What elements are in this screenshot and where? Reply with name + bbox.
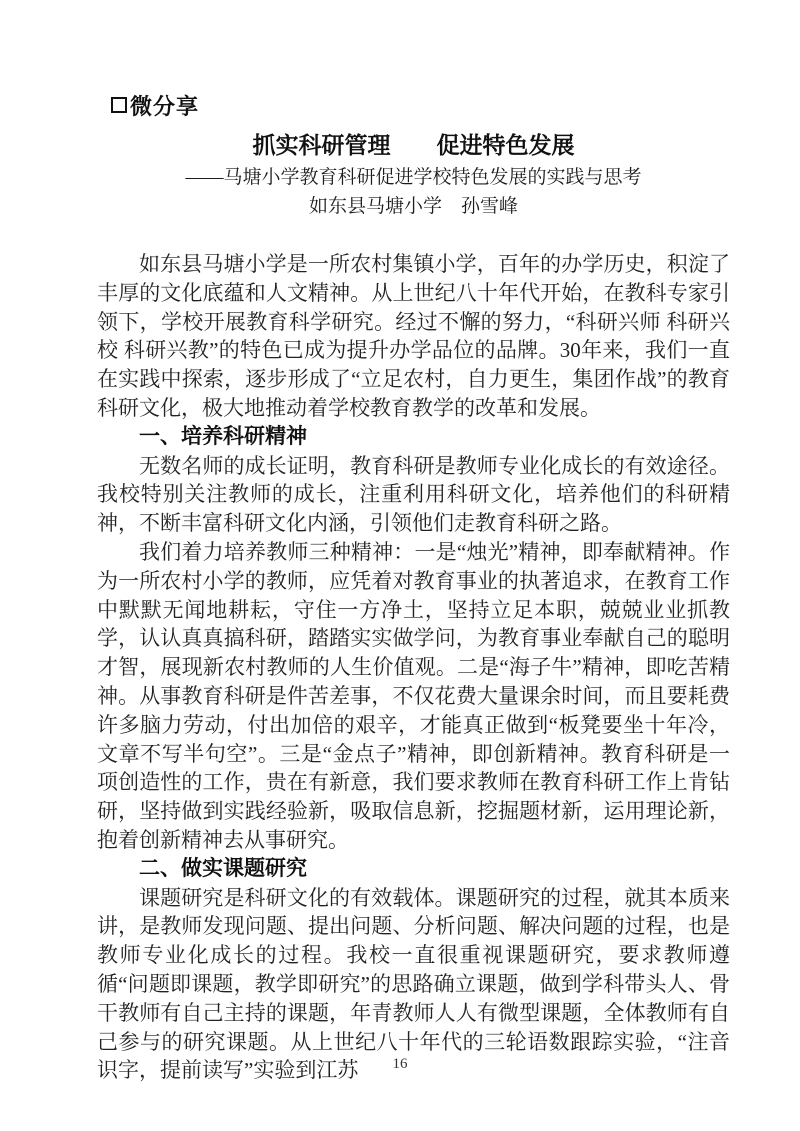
page-number: 16: [0, 1056, 800, 1073]
article-body: 如东县马塘小学是一所农村集镇小学，百年的办学历史，积淀了丰厚的文化底蕴和人文精神…: [97, 250, 730, 1085]
page-content: 微分享 抓实科研管理 促进特色发展 ——马塘小学教育科研促进学校特色发展的实践与…: [0, 0, 800, 1085]
paragraph-section2-a: 课题研究是科研文化的有效载体。课题研究的过程，就其本质来讲，是教师发现问题、提出…: [97, 884, 730, 1086]
article-byline: 如东县马塘小学 孙雪峰: [97, 194, 730, 220]
section-marker: 微分享: [111, 92, 730, 118]
article-subtitle: ——马塘小学教育科研促进学校特色发展的实践与思考: [97, 165, 730, 191]
paragraph-section1-a: 无数名师的成长证明，教育科研是教师专业化成长的有效途径。我校特别关注教师的成长，…: [97, 452, 730, 538]
article-title: 抓实科研管理 促进特色发展: [97, 130, 730, 160]
paragraph-section1-b: 我们着力培养教师三种精神：一是“烛光”精神，即奉献精神。作为一所农村小学的教师，…: [97, 538, 730, 855]
checkbox-square-icon: [111, 97, 127, 113]
section-heading-2: 二、做实课题研究: [97, 855, 730, 884]
section-marker-label: 微分享: [130, 90, 199, 121]
section-heading-1: 一、培养科研精神: [97, 423, 730, 452]
document-page: 微分享 抓实科研管理 促进特色发展 ——马塘小学教育科研促进学校特色发展的实践与…: [0, 0, 800, 1131]
paragraph-intro: 如东县马塘小学是一所农村集镇小学，百年的办学历史，积淀了丰厚的文化底蕴和人文精神…: [97, 250, 730, 423]
